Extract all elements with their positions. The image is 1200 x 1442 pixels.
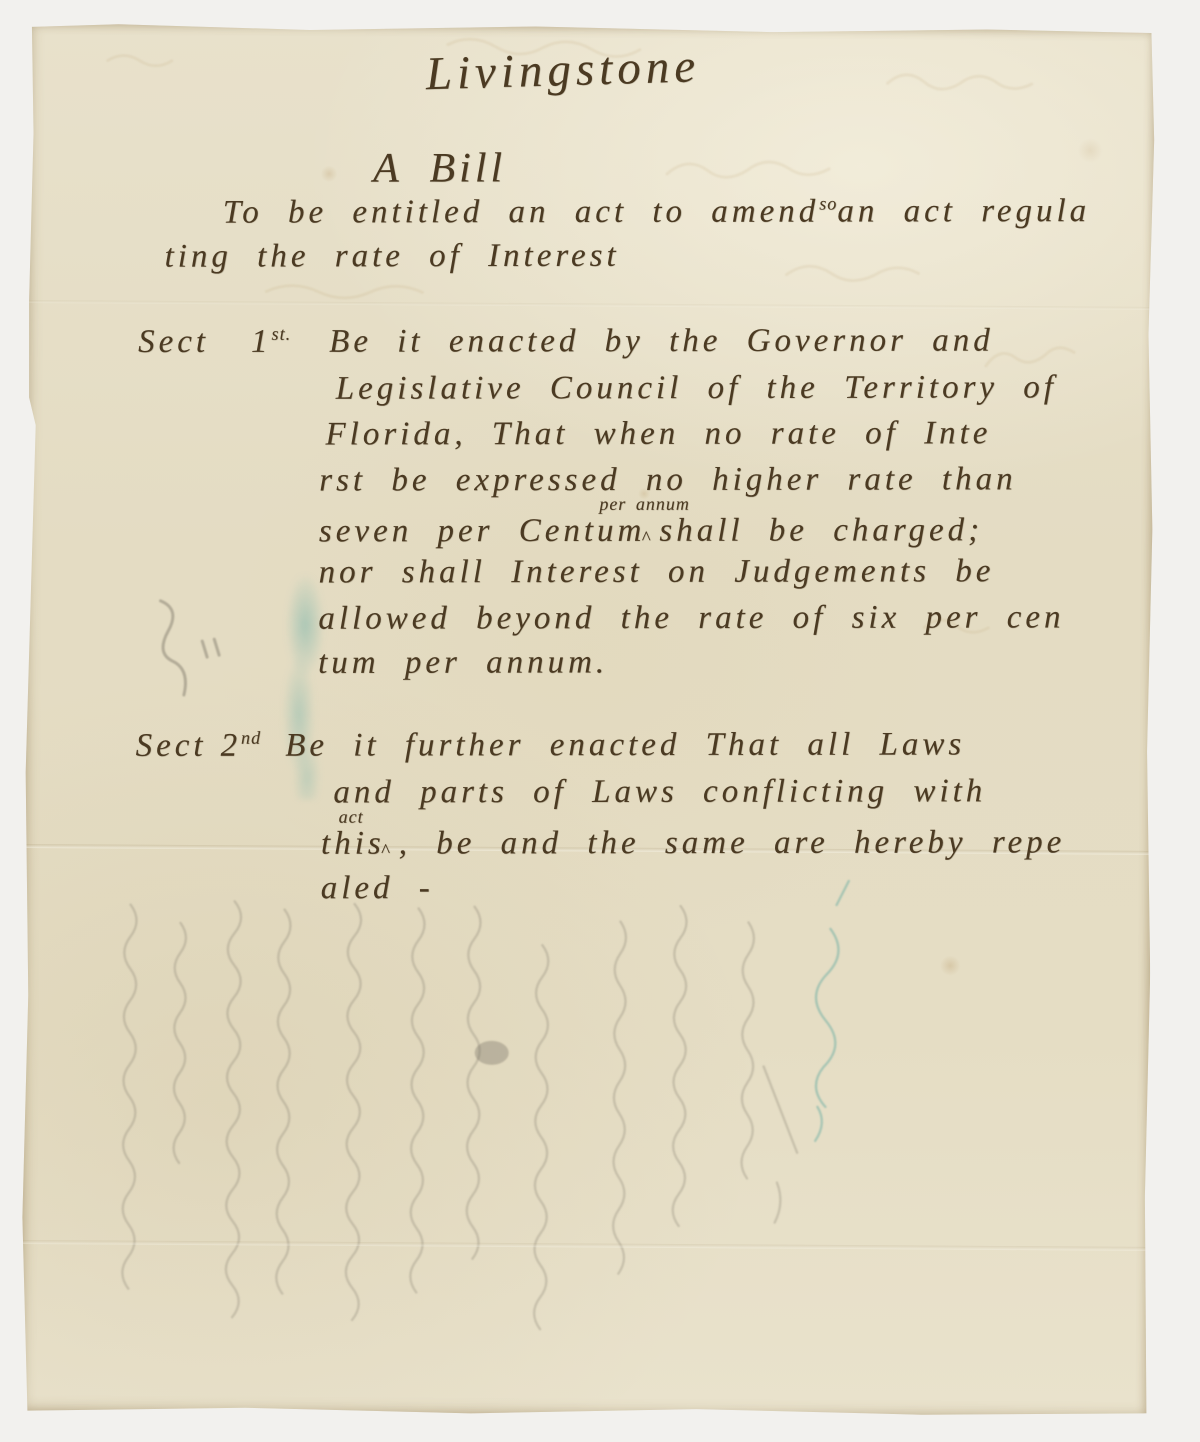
interlinear-insertion: per annum^ — [645, 508, 659, 541]
section1-line3: Florida, That when no rate of Inte — [325, 415, 991, 453]
enacting-title-line-2: ting the rate of Interest — [165, 238, 620, 276]
section2-line3: thisact^, be and the same are hereby rep… — [321, 819, 1065, 862]
section2-line3-post: , be and the same are hereby repe — [399, 824, 1066, 861]
enacting-title-line-1: To be entitled an act to amendsoan act r… — [223, 193, 1090, 232]
section2-line2: and parts of Laws conflicting with — [333, 773, 986, 811]
section1-line5-post: shall be charged; — [659, 512, 983, 549]
section1-line8: tum per annum. — [318, 644, 608, 682]
bleedthrough-marks — [20, 22, 1156, 1419]
section1-line7: allowed beyond the rate of six per cen — [318, 599, 1064, 637]
fold-crease — [26, 300, 1154, 310]
section2-number: 2nd — [221, 728, 262, 764]
section1-line5-pre: seven per Centum — [319, 513, 645, 550]
docket-title: Livingstone — [425, 39, 701, 101]
section1-line6: nor shall Interest on Judgements be — [319, 553, 995, 591]
section1-line5: seven per Centumper annum^shall be charg… — [319, 507, 983, 550]
title-line1-pre: To be entitled an act to amend — [223, 194, 819, 231]
section2-line3-pre: this — [321, 826, 385, 862]
section2-line4: aled - — [321, 870, 434, 907]
foxing-spot — [938, 956, 962, 976]
section1-number: 1st. — [251, 324, 291, 360]
section1-heading-line: Sect1st.Be it enacted by the Governor an… — [138, 323, 994, 361]
inserted-words: per annum — [599, 494, 690, 515]
interlinear-insertion: act^ — [385, 821, 399, 854]
inserted-word: act — [339, 807, 364, 828]
section2-heading-line: Sect2ndBe it further enacted That all La… — [136, 726, 966, 764]
section1-label: Sect — [138, 324, 209, 360]
caret-mark: ^ — [641, 528, 653, 550]
caret-mark: ^ — [381, 841, 393, 863]
foxing-spot — [319, 166, 339, 182]
bill-title: A Bill — [373, 144, 506, 192]
section2-line1: Be it further enacted That all Laws — [285, 726, 965, 763]
section1-line1: Be it enacted by the Governor and — [329, 323, 994, 360]
section2-label: Sect — [136, 728, 207, 764]
title-line1-superscript: so — [819, 194, 837, 214]
section1-line2: Legislative Council of the Territory of — [336, 369, 1057, 407]
manuscript-page: Livingstone A Bill To be entitled an act… — [20, 22, 1156, 1419]
title-line1-post: an act regula — [837, 193, 1090, 229]
fold-crease — [21, 1240, 1149, 1251]
foxing-spot — [1075, 138, 1105, 162]
